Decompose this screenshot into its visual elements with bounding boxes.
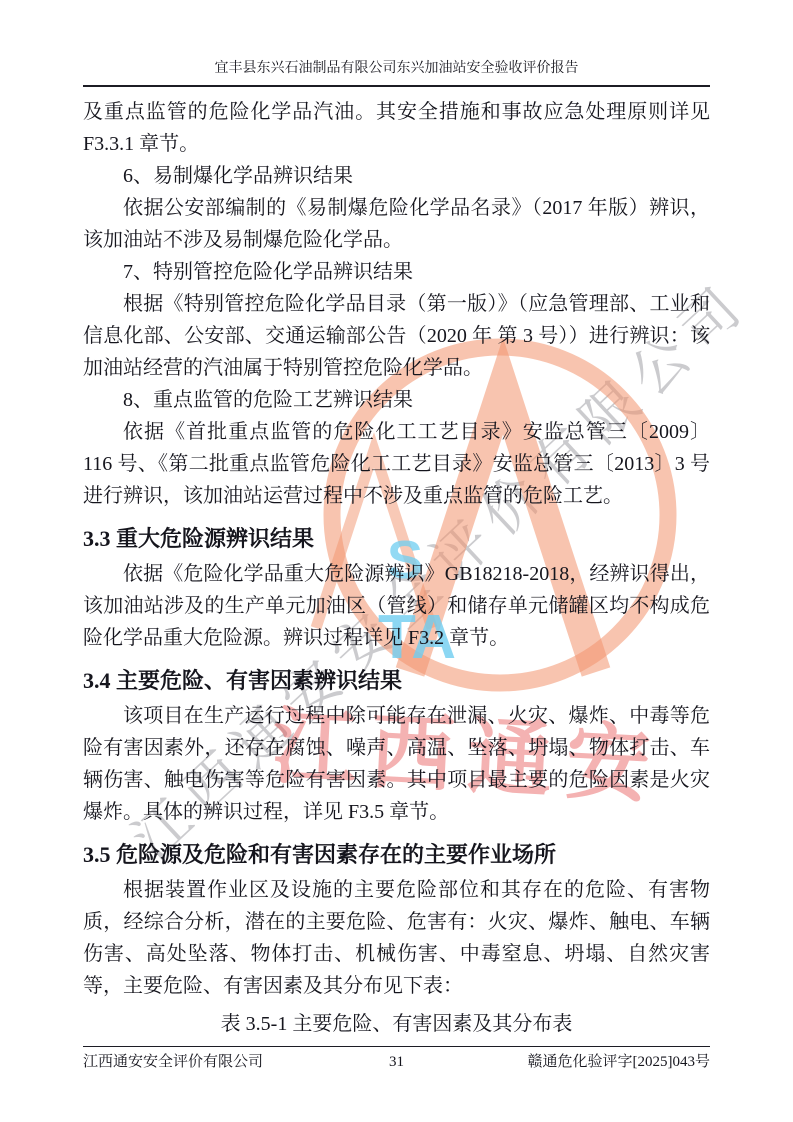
footer-company: 江西通安安全评价有限公司 [83,1052,389,1072]
footer-doc-number: 赣通危化验评字[2025]043号 [404,1052,710,1072]
para-hazard-locations: 根据装置作业区及设施的主要危险部位和其存在的危险、有害物质，经综合分析，潜在的主… [83,874,710,1002]
table-caption: 表 3.5-1 主要危险、有害因素及其分布表 [83,1008,710,1040]
document-body: 及重点监管的危险化学品汽油。其安全措施和事故应急处理原则详见 F3.3.1 章节… [83,96,710,1040]
para-special-control-chemicals: 根据《特别管控危险化学品目录（第一版）》（应急管理部、工业和信息化部、公安部、交… [83,288,710,384]
para-intro: 及重点监管的危险化学品汽油。其安全措施和事故应急处理原则详见 F3.3.1 章节… [83,96,710,160]
para-key-supervised-process: 依据《首批重点监管的危险化工工艺目录》安监总管三〔2009〕116 号、《第二批… [83,416,710,512]
para-major-hazard-source: 依据《危险化学品重大危险源辨识》GB18218-2018，经辨识得出，该加油站涉… [83,558,710,654]
content: 宜丰县东兴石油制品有限公司东兴加油站安全验收评价报告 及重点监管的危险化学品汽油… [0,0,793,1122]
footer-page-number: 31 [389,1052,404,1072]
report-title: 宜丰县东兴石油制品有限公司东兴加油站安全验收评价报告 [215,61,579,76]
section-heading-3-4: 3.4 主要危险、有害因素辨识结果 [83,664,710,698]
page-header: 宜丰县东兴石油制品有限公司东兴加油站安全验收评价报告 [83,58,710,87]
para-main-hazards: 该项目在生产运行过程中除可能存在泄漏、火灾、爆炸、中毒等危险有害因素外，还存在腐… [83,700,710,828]
list-item-6: 6、易制爆化学品辨识结果 [83,160,710,192]
page-footer: 江西通安安全评价有限公司 31 赣通危化验评字[2025]043号 [83,1046,710,1072]
list-item-8: 8、重点监管的危险工艺辨识结果 [83,384,710,416]
document-page: 江西通安安全评价有限公司 S TA 江西通安 宜丰县东兴石油制品有限公司东兴加油… [0,0,793,1122]
para-explosive-chemicals: 依据公安部编制的《易制爆危险化学品名录》（2017 年版）辨识，该加油站不涉及易… [83,192,710,256]
list-item-7: 7、特别管控危险化学品辨识结果 [83,256,710,288]
section-heading-3-3: 3.3 重大危险源辨识结果 [83,522,710,556]
section-heading-3-5: 3.5 危险源及危险和有害因素存在的主要作业场所 [83,838,710,872]
